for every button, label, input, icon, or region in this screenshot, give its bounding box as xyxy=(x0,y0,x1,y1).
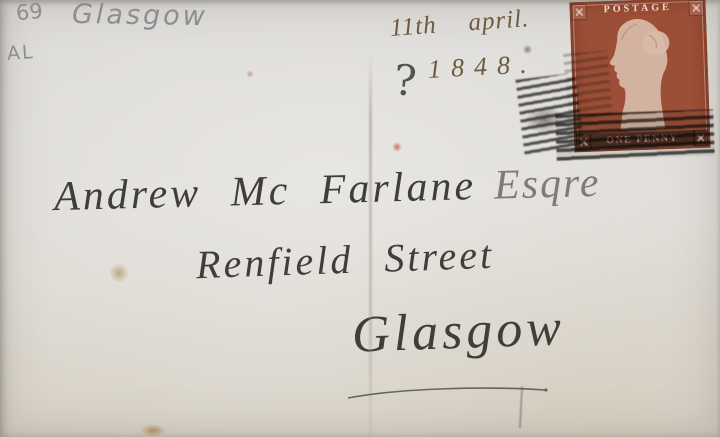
recipient-honorific: Esqre xyxy=(493,160,601,209)
address-city-line: Glasgow xyxy=(351,298,566,364)
pencil-note-initials: AL xyxy=(6,41,35,65)
paper-crease xyxy=(369,52,372,437)
paper-stain xyxy=(140,424,166,437)
address-recipient-line: Andrew Mc FarlaneEsqre xyxy=(53,159,601,221)
paper-stain xyxy=(246,70,254,78)
pencil-note-city: Glasgow xyxy=(72,0,208,32)
query-mark: ? xyxy=(392,55,418,105)
address-street-line: Renfield Street xyxy=(195,231,495,288)
stamp-corner-ornament xyxy=(688,0,704,16)
stamp-corner-ornament xyxy=(571,4,587,21)
paper-stain xyxy=(523,44,532,55)
date-month: april. xyxy=(468,5,531,36)
date-day: 11th xyxy=(389,12,437,42)
envelope-cover: 69 Glasgow AL 11thapril. 1848. ? POSTAGE… xyxy=(0,0,720,437)
cancellation-bars-icon xyxy=(555,109,715,160)
glasgow-underline-flourish xyxy=(340,378,570,404)
pencil-note-number: 69 xyxy=(15,0,44,25)
manuscript-date-line: 11thapril. xyxy=(389,5,530,43)
date-gap xyxy=(437,30,469,32)
cancellation-smudge-icon xyxy=(563,50,613,120)
recipient-name: Andrew Mc Farlane xyxy=(53,163,476,220)
paper-stain xyxy=(110,262,128,284)
paper-stain xyxy=(392,142,402,152)
